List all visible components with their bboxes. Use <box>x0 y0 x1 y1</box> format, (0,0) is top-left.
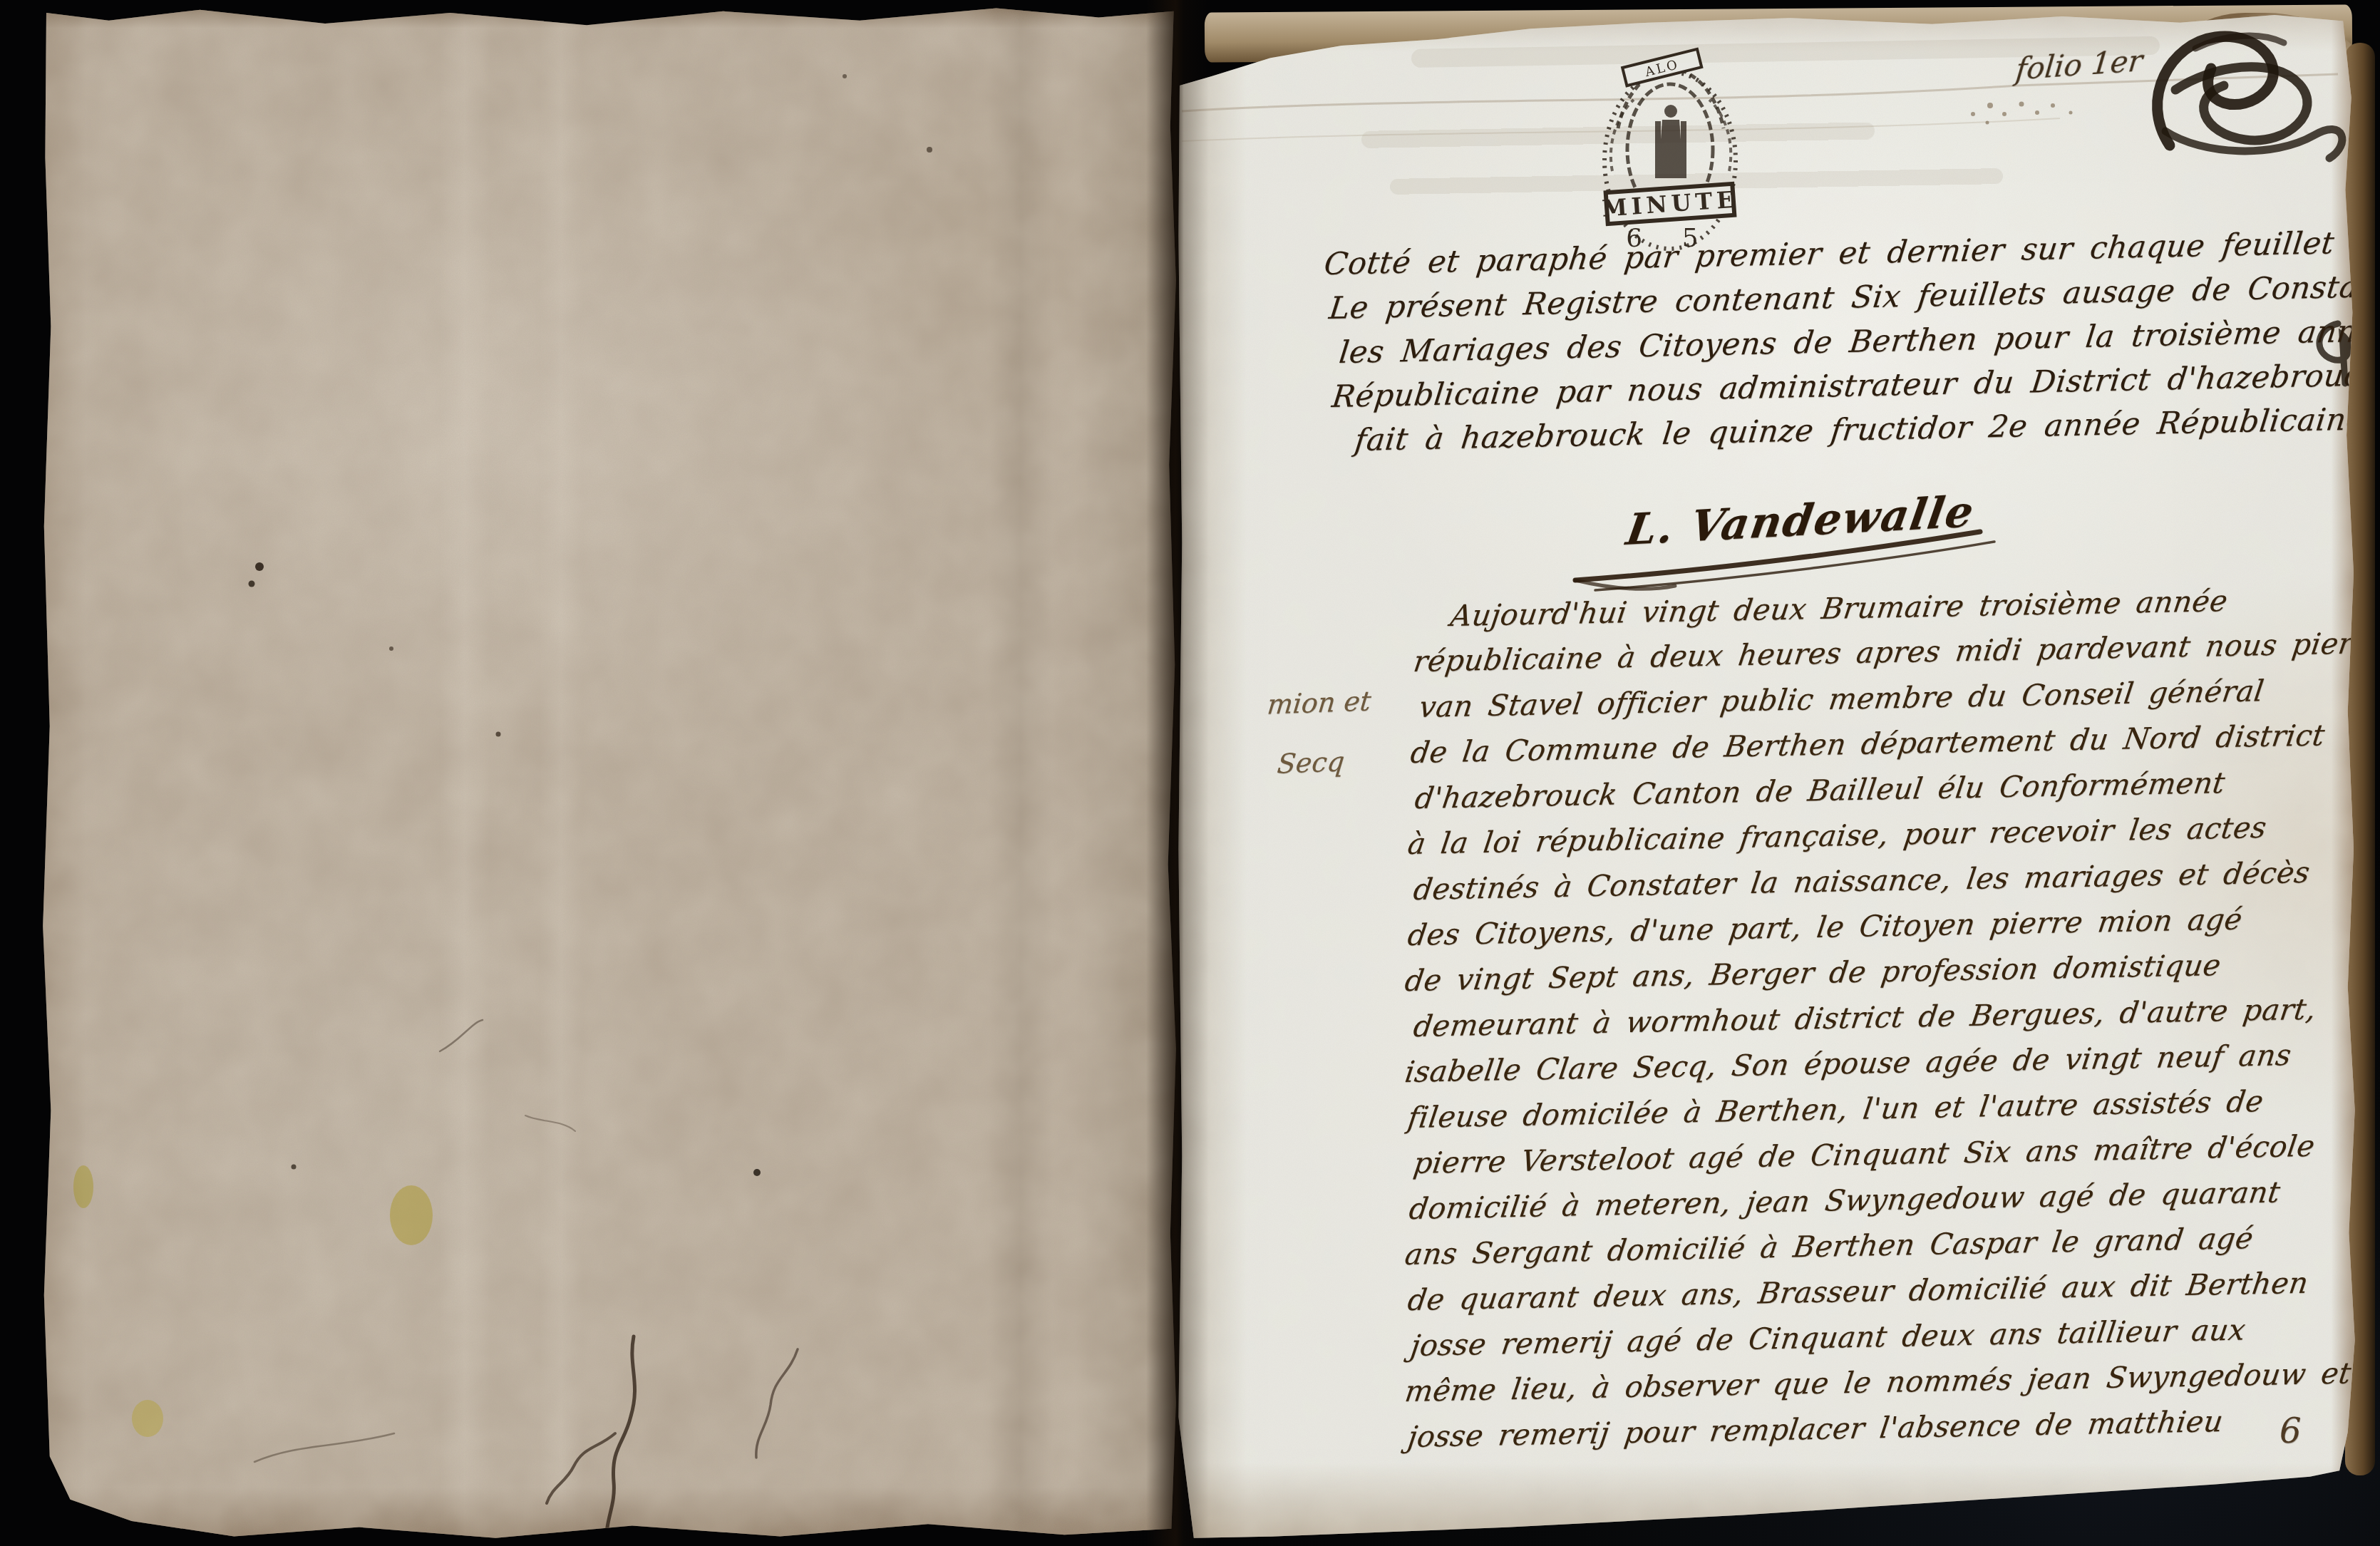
page-number: 6 <box>2279 1411 2302 1451</box>
body-line: à la loi républicaine française, pour re… <box>1406 810 2269 861</box>
left-page-blemishes <box>41 4 1178 1541</box>
body-line: van Stavel officier public membre du Con… <box>1417 674 2266 724</box>
right-page: ALO MINUTE 6 5 folio 1er Cotté et paraph… <box>1176 6 2357 1540</box>
stamp-figure <box>1655 105 1686 178</box>
body-line: isabelle Clare Secq, Son épouse agée de … <box>1403 1038 2294 1089</box>
paper-grain <box>41 4 1178 1541</box>
body-line: domicilié à meteren, jean Swyngedouw agé… <box>1407 1175 2282 1226</box>
body-line: Aujourd'hui vingt deux Brumaire troisièm… <box>1448 584 2230 633</box>
body-line: ans Sergant domicilié à Berthen Caspar l… <box>1403 1221 2255 1272</box>
left-page <box>41 4 1178 1541</box>
body-line: de vingt Sept ans, Berger de profession … <box>1403 948 2223 998</box>
body-line: de la Commune de Berthen département du … <box>1408 718 2327 770</box>
body-line: destinés à Constater la naissance, les m… <box>1411 855 2312 907</box>
stamp-band: MINUTE <box>1601 183 1739 224</box>
body-line: josse remerij pour remplacer l'absence d… <box>1406 1404 2225 1454</box>
ink-speck <box>255 562 264 571</box>
body-line: des Citoyens, d'une part, le Citoyen pie… <box>1406 902 2245 952</box>
foxing-dots <box>1971 102 2073 125</box>
margin-note-line: mion et <box>1266 685 1373 720</box>
official-signature: L. Vandewalle <box>1623 487 1978 555</box>
body-line: fileuse domicilée à Berthen, l'un et l'a… <box>1406 1084 2266 1135</box>
body-line: demeurant à wormhout district de Bergues… <box>1411 992 2318 1043</box>
folio-annotation: folio 1er <box>2014 43 2145 87</box>
notarial-stamp: ALO MINUTE 6 5 <box>1597 43 1746 260</box>
body-line: même lieu, à observer que le nommés jean… <box>1403 1356 2354 1408</box>
paper-crack <box>254 1020 798 1541</box>
photo-backdrop: ALO MINUTE 6 5 folio 1er Cotté et paraph… <box>0 0 2380 1546</box>
stamp-banner-text: ALO <box>1643 57 1681 80</box>
body-line: pierre Versteloot agé de Cinquant Six an… <box>1411 1129 2317 1180</box>
body-line: républicaine à deux heures apres midi pa… <box>1411 626 2380 679</box>
body-line: josse remerij agé de Cinquant deux ans t… <box>1408 1312 2248 1363</box>
stamp-band-text: MINUTE <box>1601 185 1739 222</box>
body-line: d'hazebrouck Canton de Bailleul élu Conf… <box>1413 766 2227 815</box>
stamp-banner: ALO <box>1622 49 1701 86</box>
margin-note-line: Secq <box>1276 746 1346 779</box>
body-line: de quarant deux ans, Brasseur domicilié … <box>1406 1266 2311 1317</box>
